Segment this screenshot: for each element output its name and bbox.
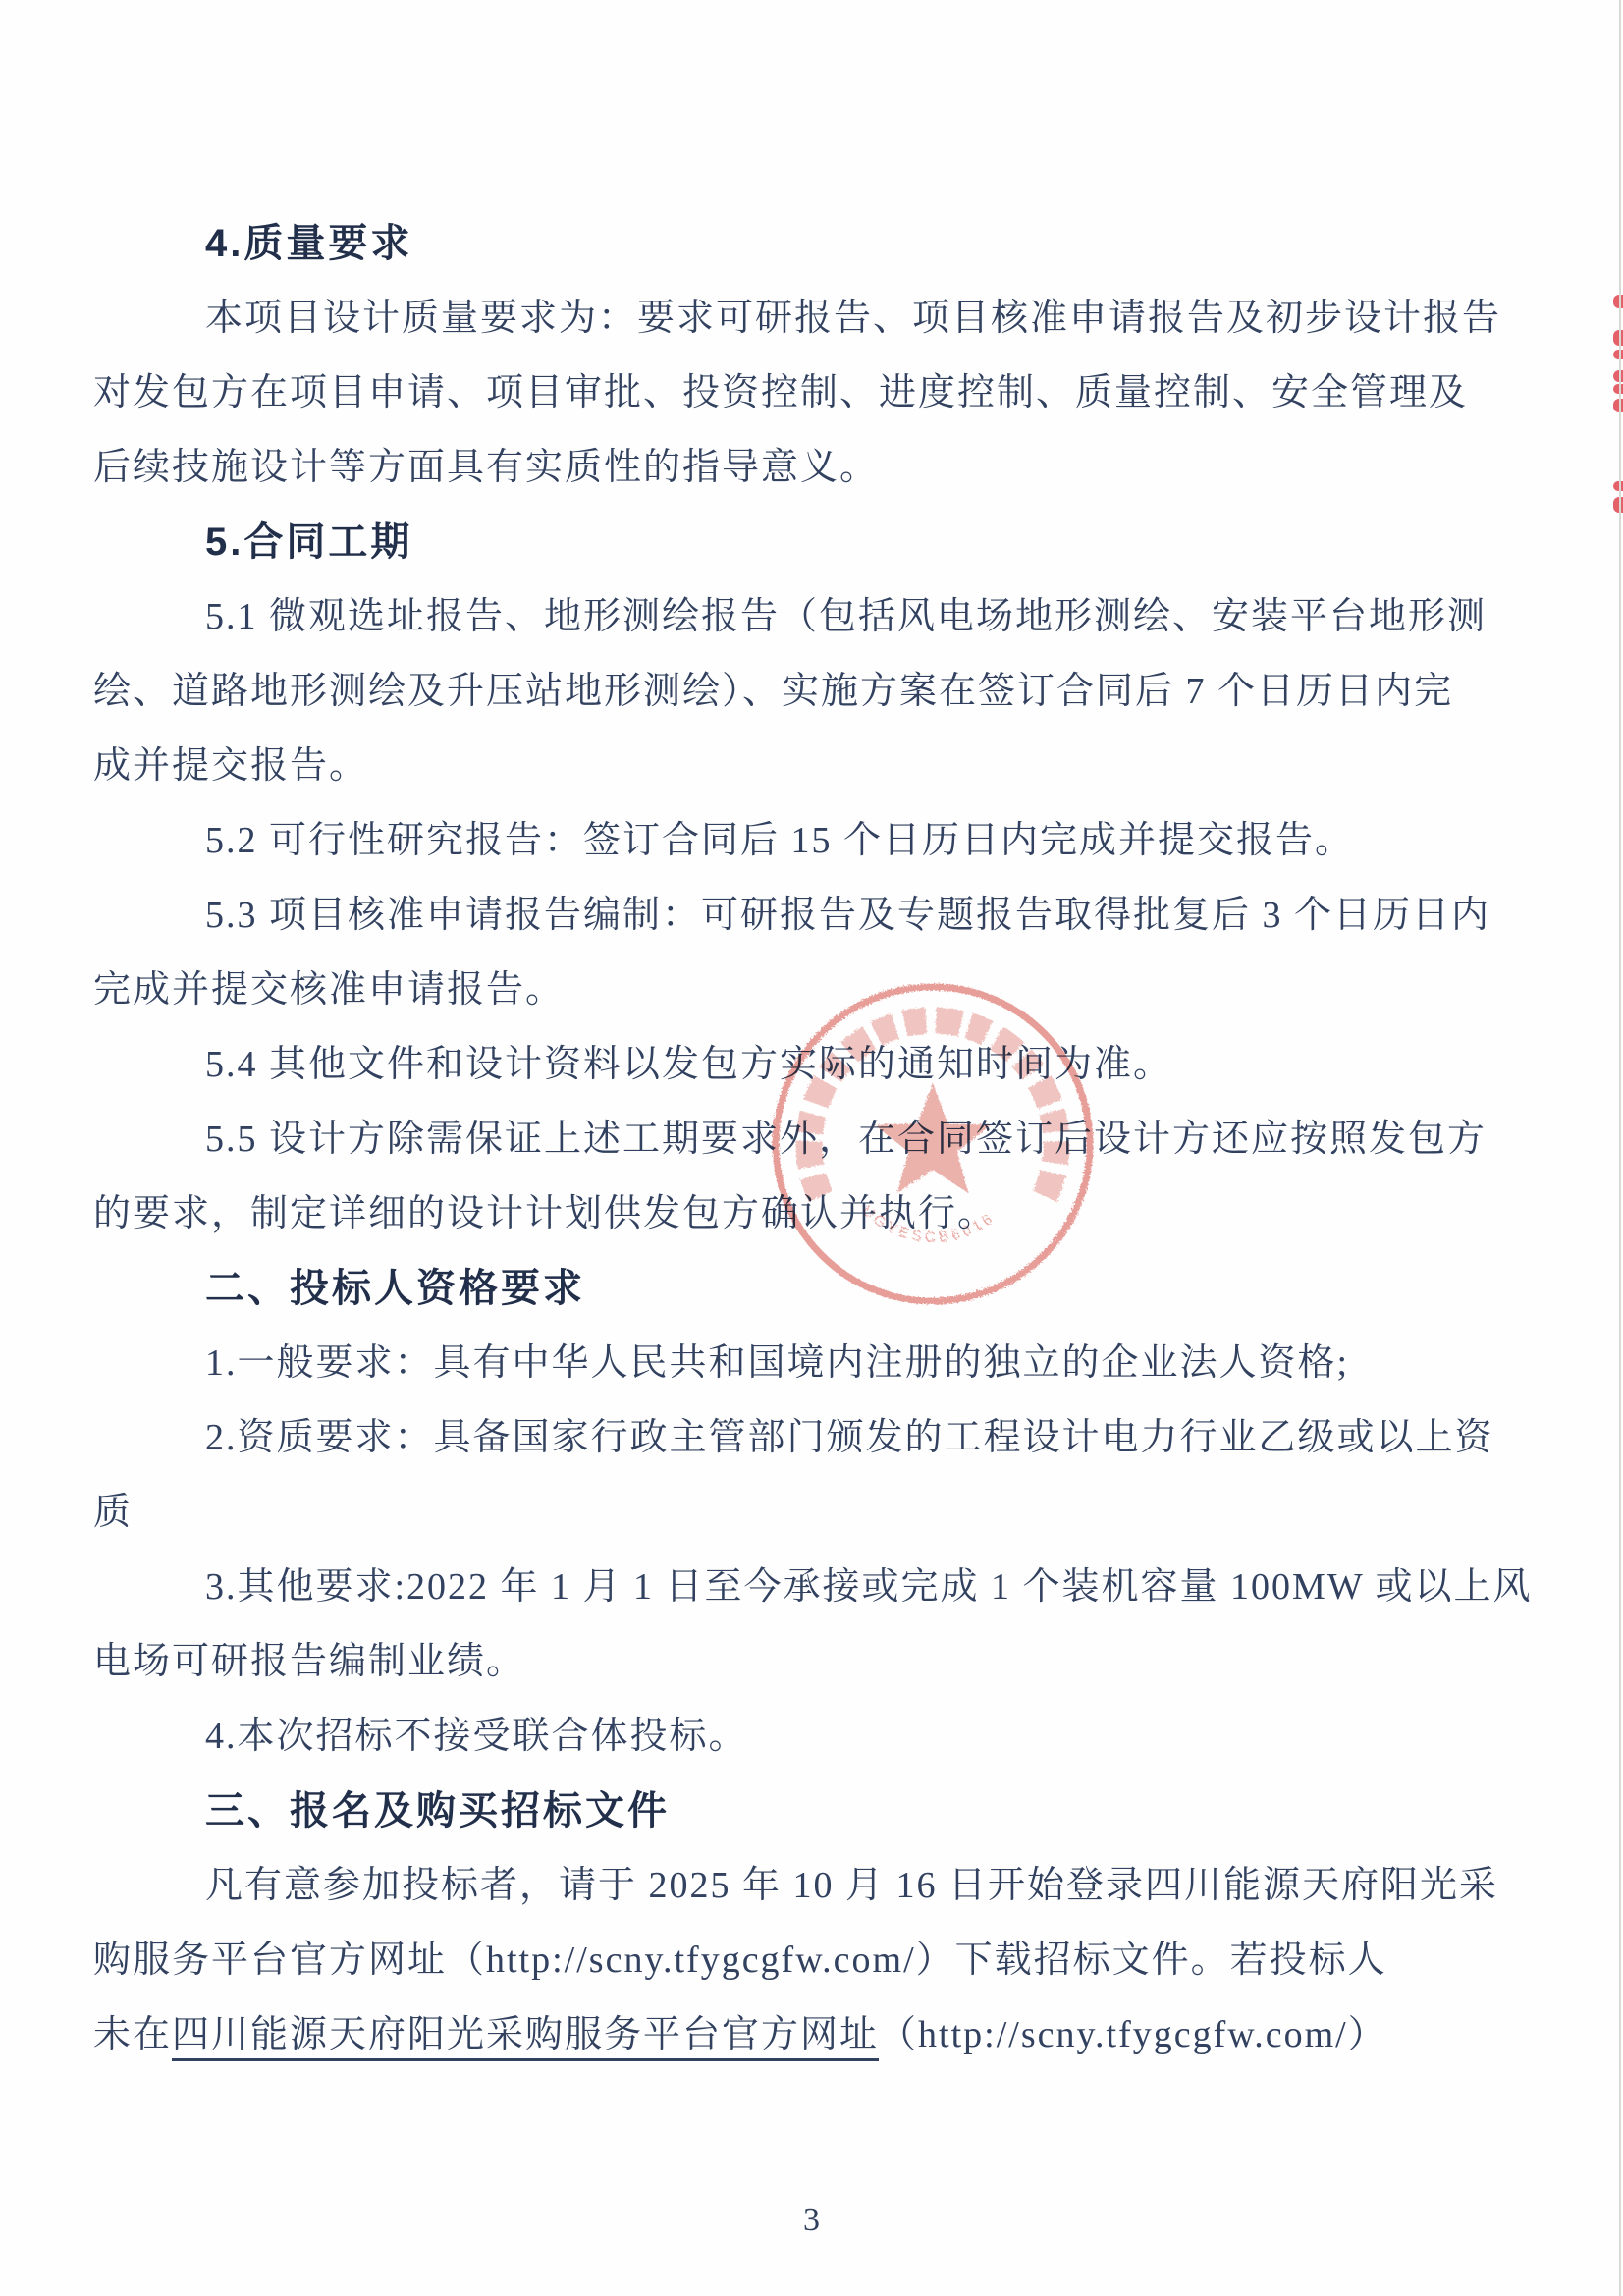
section-heading-contract-period: 5.合同工期 — [93, 505, 1525, 579]
paragraph-line: 本项目设计质量要求为：要求可研报告、项目核准申请报告及初步设计报告 — [93, 281, 1525, 355]
section-heading-bidder-qualification: 二、投标人资格要求 — [93, 1251, 1525, 1326]
underlined-platform-name: 四川能源天府阳光采购服务平台官方网址 — [172, 2014, 879, 2061]
red-edge-artifact — [1613, 399, 1623, 412]
paragraph-line: 对发包方在项目申请、项目审批、投资控制、进度控制、质量控制、安全管理及 — [93, 355, 1525, 430]
paragraph-line: 5.5 设计方除需保证上述工期要求外，在合同签订后设计方还应按照发包方 — [93, 1102, 1525, 1176]
paragraph-line-with-underline: 未在四川能源天府阳光采购服务平台官方网址（http://scny.tfygcgf… — [93, 1997, 1525, 2072]
paragraph-line: 购服务平台官方网址（http://scny.tfygcgfw.com/）下载招标… — [93, 1923, 1525, 1997]
paragraph-line: 4.本次招标不接受联合体投标。 — [93, 1699, 1525, 1774]
paragraph-line: 完成并提交核准申请报告。 — [93, 953, 1525, 1027]
paragraph-line: 2.资质要求：具备国家行政主管部门颁发的工程设计电力行业乙级或以上资 — [93, 1400, 1525, 1475]
paragraph-line: 质 — [93, 1475, 1525, 1550]
paragraph-line: 后续技施设计等方面具有实质性的指导意义。 — [93, 430, 1525, 505]
paragraph-line: 成并提交报告。 — [93, 729, 1525, 803]
paragraph-line: 5.2 可行性研究报告：签订合同后 15 个日历日内完成并提交报告。 — [93, 803, 1525, 878]
paragraph-line: 5.3 项目核准申请报告编制：可研报告及专题报告取得批复后 3 个日历日内 — [93, 878, 1525, 953]
document-page: 4.质量要求 本项目设计质量要求为：要求可研报告、项目核准申请报告及初步设计报告… — [0, 0, 1623, 2296]
section-heading-registration: 三、报名及购买招标文件 — [93, 1774, 1525, 1848]
paragraph-line: 1.一般要求：具有中华人民共和国境内注册的独立的企业法人资格; — [93, 1326, 1525, 1400]
paragraph-line: 的要求，制定详细的设计计划供发包方确认并执行。 — [93, 1176, 1525, 1251]
red-edge-artifact — [1613, 481, 1623, 491]
red-edge-artifact — [1613, 330, 1623, 346]
red-edge-artifact — [1613, 370, 1623, 382]
paragraph-line: 电场可研报告编制业绩。 — [93, 1624, 1525, 1699]
paragraph-line: 5.1 微观选址报告、地形测绘报告（包括风电场地形测绘、安装平台地形测 — [93, 579, 1525, 654]
red-edge-artifact — [1613, 295, 1623, 308]
document-body: 4.质量要求 本项目设计质量要求为：要求可研报告、项目核准申请报告及初步设计报告… — [93, 206, 1525, 2072]
scan-edge-line — [1619, 0, 1621, 2296]
red-edge-artifact — [1613, 350, 1623, 359]
paragraph-line: 5.4 其他文件和设计资料以发包方实际的通知时间为准。 — [93, 1027, 1525, 1102]
page-number: 3 — [0, 2202, 1623, 2239]
red-edge-artifact — [1613, 384, 1623, 394]
text-after-underline: （http://scny.tfygcgfw.com/） — [879, 2014, 1387, 2055]
paragraph-line: 凡有意参加投标者，请于 2025 年 10 月 16 日开始登录四川能源天府阳光… — [93, 1848, 1525, 1923]
text-before-underline: 未在 — [93, 2014, 172, 2055]
red-edge-artifact — [1613, 497, 1623, 513]
paragraph-line: 绘、道路地形测绘及升压站地形测绘）、实施方案在签订合同后 7 个日历日内完 — [93, 654, 1525, 729]
section-heading-quality: 4.质量要求 — [93, 206, 1525, 281]
paragraph-line: 3.其他要求:2022 年 1 月 1 日至今承接或完成 1 个装机容量 100… — [93, 1550, 1525, 1624]
